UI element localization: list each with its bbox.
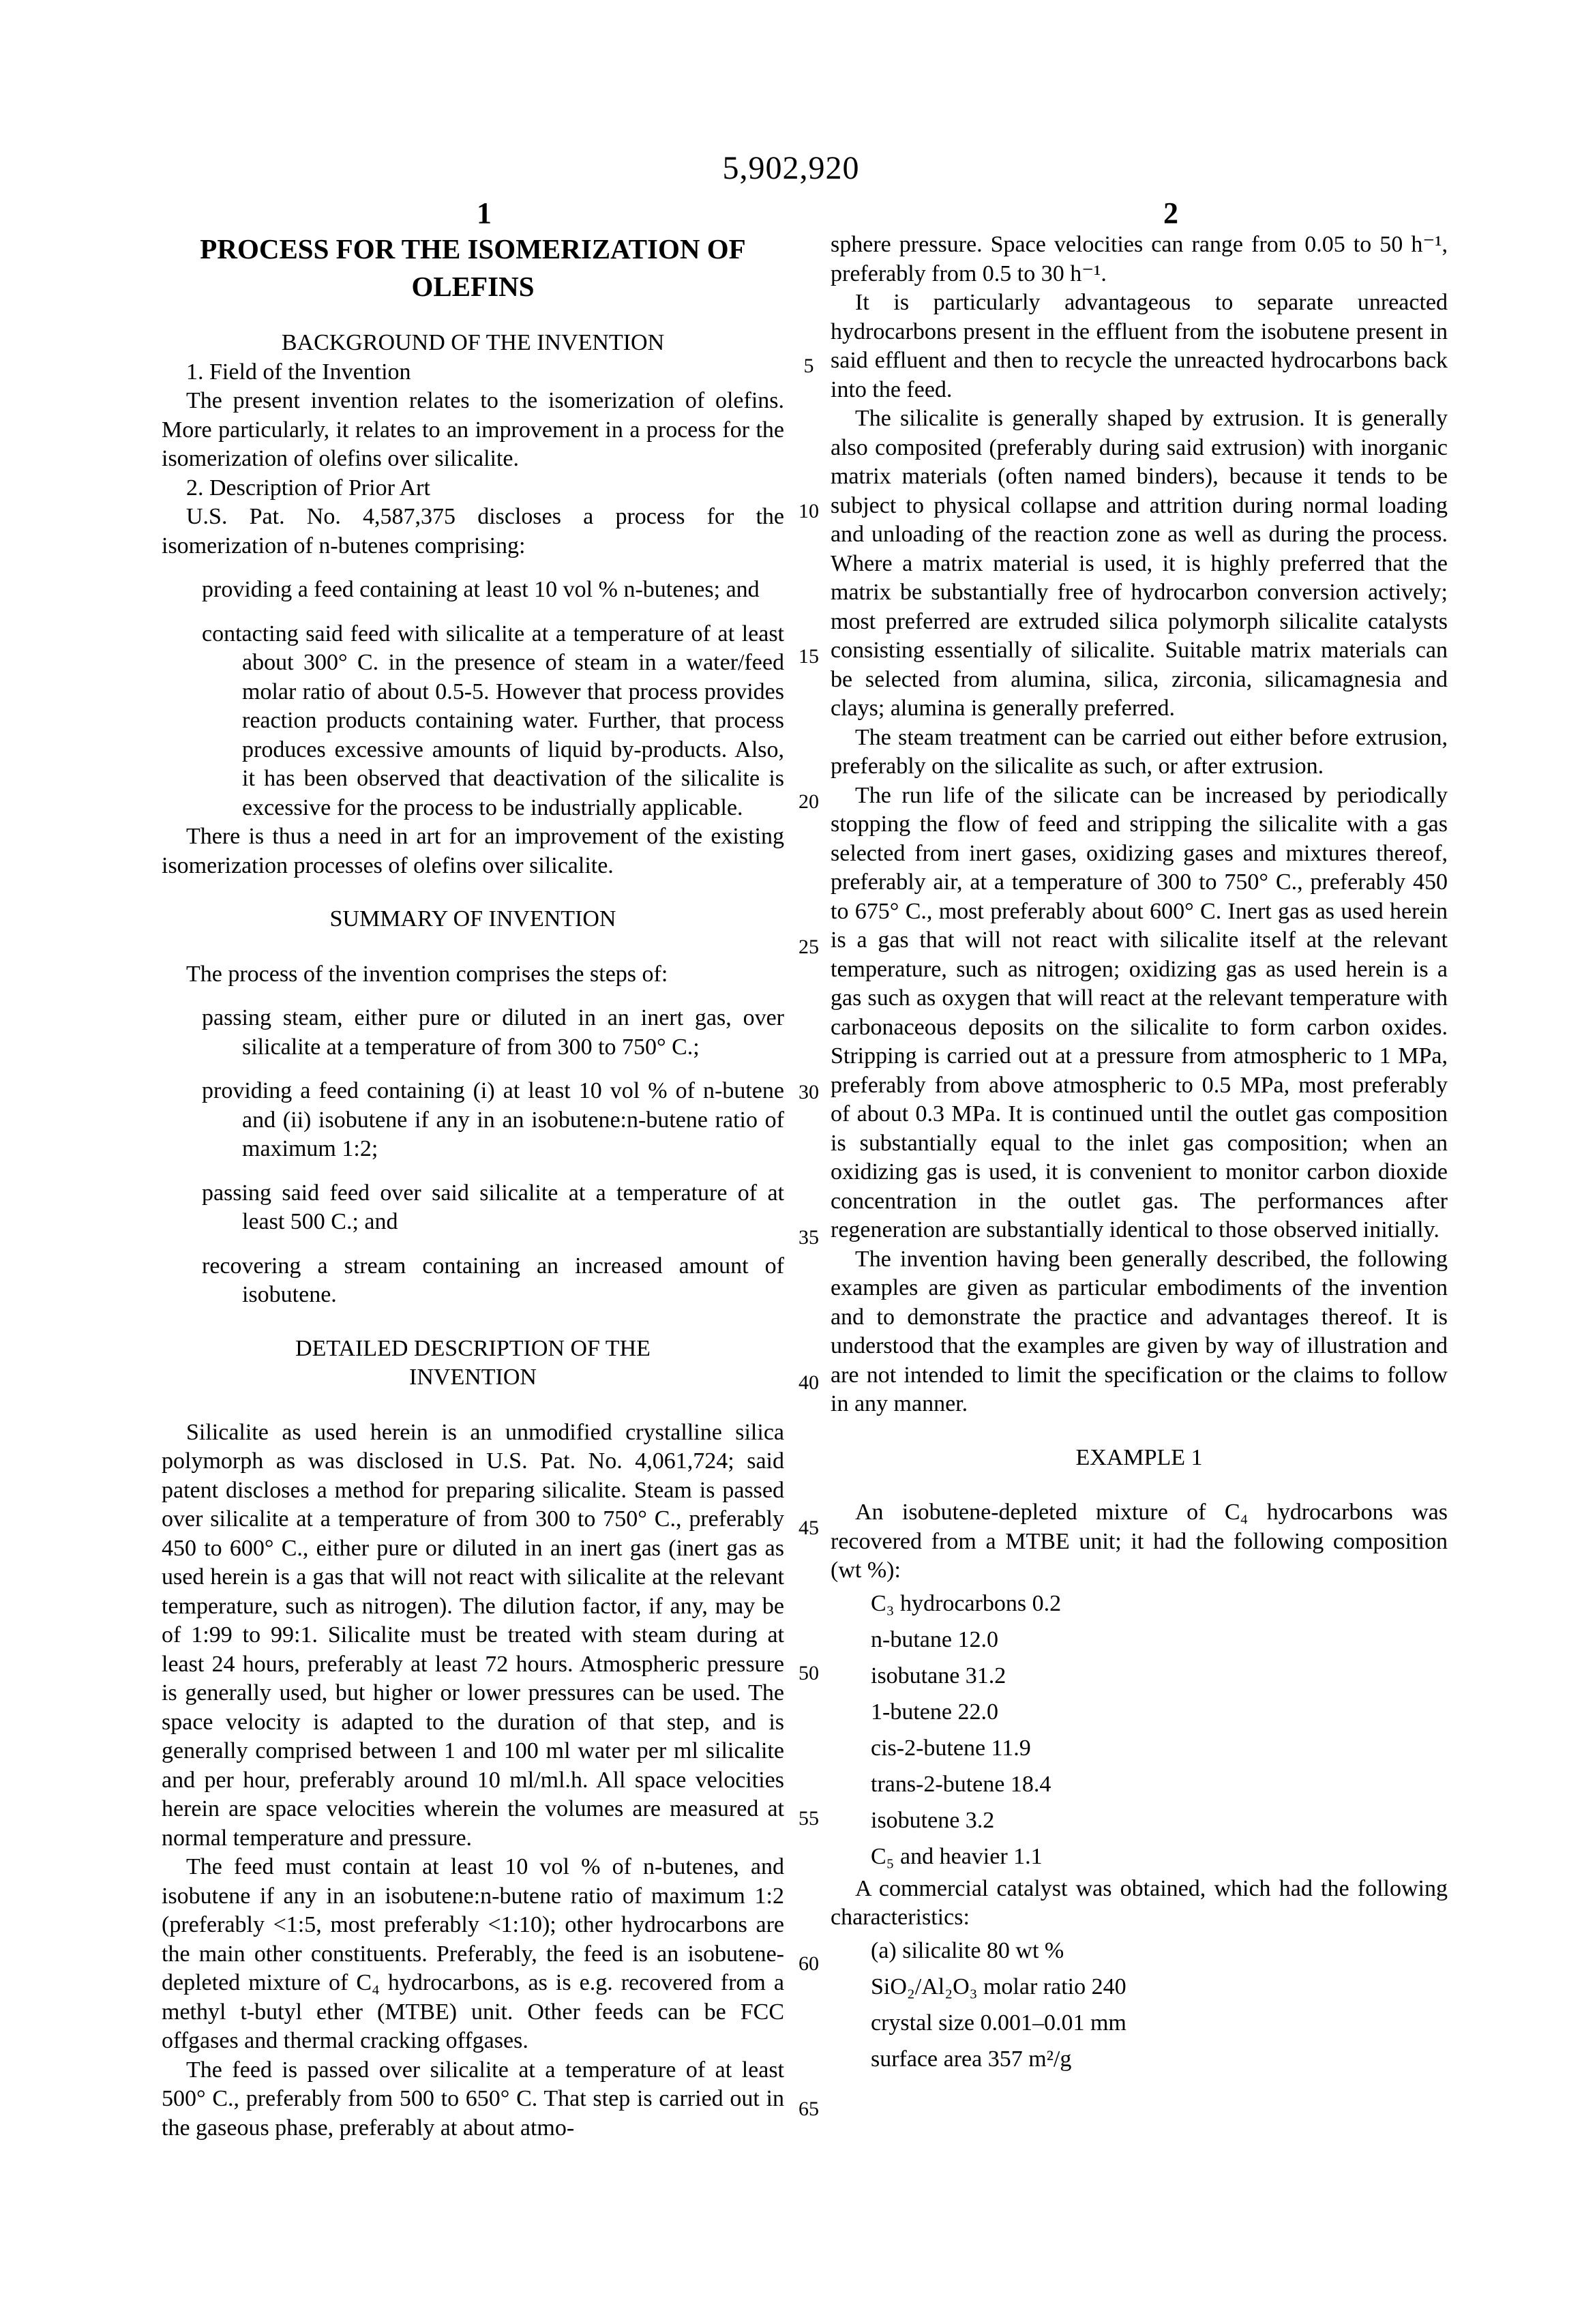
catalyst-characteristic-item: surface area 357 m²/g <box>831 2041 1448 2077</box>
section-heading-example-1: EXAMPLE 1 <box>831 1444 1448 1473</box>
section-heading-summary: SUMMARY OF INVENTION <box>162 905 784 934</box>
patent-page: { "page": { "patent_number": "5,902,920"… <box>0 0 1582 2324</box>
composition-item: isobutane 31.2 <box>831 1658 1448 1694</box>
line-number: 25 <box>790 936 828 959</box>
section-heading-background: BACKGROUND OF THE INVENTION <box>162 329 784 358</box>
paragraph: An isobutene-depleted mixture of C₄ hydr… <box>831 1498 1448 1585</box>
paragraph: The invention having been generally desc… <box>831 1245 1448 1419</box>
composition-item: C₅ and heavier 1.1 <box>831 1838 1448 1875</box>
invention-title: PROCESS FOR THE ISOMERIZATION OF OLEFINS <box>162 230 784 306</box>
patent-number: 5,902,920 <box>0 151 1582 185</box>
section-heading-detailed-description: DETAILED DESCRIPTION OF THE INVENTION <box>255 1335 691 1392</box>
line-number: 40 <box>790 1371 828 1395</box>
left-column: PROCESS FOR THE ISOMERIZATION OF OLEFINS… <box>162 230 784 2143</box>
left-column-page-number: 1 <box>416 199 552 228</box>
step-clause: passing said feed over said silicalite a… <box>162 1179 784 1237</box>
claim-clause: contacting said feed with silicalite at … <box>162 620 784 823</box>
paragraph-continuation: sphere pressure. Space velocities can ra… <box>831 230 1448 288</box>
composition-item: cis-2-butene 11.9 <box>831 1730 1448 1766</box>
paragraph: The process of the invention comprises t… <box>162 960 784 989</box>
paragraph: The silicalite is generally shaped by ex… <box>831 404 1448 724</box>
paragraph: U.S. Pat. No. 4,587,375 discloses a proc… <box>162 503 784 561</box>
composition-item: trans-2-butene 18.4 <box>831 1766 1448 1802</box>
catalyst-characteristic-item: SiO₂/Al₂O₃ molar ratio 240 <box>831 1969 1448 2005</box>
paragraph: The present invention relates to the iso… <box>162 387 784 474</box>
paragraph: The feed is passed over silicalite at a … <box>162 2056 784 2143</box>
paragraph: The steam treatment can be carried out e… <box>831 724 1448 781</box>
paragraph-field-of-invention: 1. Field of the Invention <box>162 358 784 387</box>
line-number: 5 <box>790 355 828 378</box>
line-number: 30 <box>790 1081 828 1104</box>
composition-item: C₃ hydrocarbons 0.2 <box>831 1585 1448 1622</box>
paragraph-prior-art: 2. Description of Prior Art <box>162 474 784 503</box>
line-number: 10 <box>790 500 828 523</box>
paragraph: Silicalite as used herein is an unmodifi… <box>162 1418 784 1853</box>
line-number: 35 <box>790 1226 828 1249</box>
line-number: 55 <box>790 1807 828 1830</box>
line-number: 50 <box>790 1662 828 1685</box>
step-clause: recovering a stream containing an increa… <box>162 1252 784 1310</box>
line-number: 60 <box>790 1952 828 1976</box>
composition-item: isobutene 3.2 <box>831 1802 1448 1838</box>
line-number: 20 <box>790 790 828 814</box>
composition-item: n-butane 12.0 <box>831 1622 1448 1658</box>
right-column-page-number: 2 <box>1103 199 1239 228</box>
composition-item: 1-butene 22.0 <box>831 1694 1448 1730</box>
paragraph: There is thus a need in art for an impro… <box>162 822 784 880</box>
paragraph: The run life of the silicate can be incr… <box>831 781 1448 1245</box>
line-number: 65 <box>790 2098 828 2121</box>
catalyst-characteristic-item: crystal size 0.001–0.01 mm <box>831 2005 1448 2041</box>
step-clause: providing a feed containing (i) at least… <box>162 1077 784 1164</box>
claim-clause: providing a feed containing at least 10 … <box>162 576 784 605</box>
step-clause: passing steam, either pure or diluted in… <box>162 1004 784 1062</box>
paragraph: The feed must contain at least 10 vol % … <box>162 1853 784 2056</box>
paragraph: A commercial catalyst was obtained, whic… <box>831 1875 1448 1933</box>
catalyst-characteristic-item: (a) silicalite 80 wt % <box>831 1933 1448 1969</box>
line-number: 45 <box>790 1517 828 1540</box>
right-column: sphere pressure. Space velocities can ra… <box>831 230 1448 2077</box>
paragraph: It is particularly advantageous to separ… <box>831 288 1448 404</box>
line-number: 15 <box>790 645 828 668</box>
